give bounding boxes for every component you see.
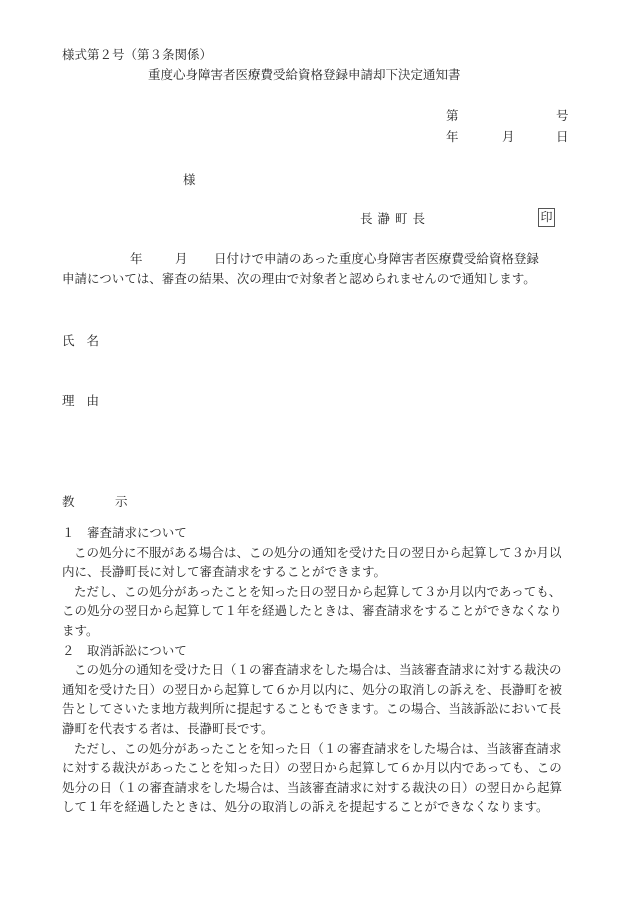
body-line-2: 申請については、審査の結果、次の理由で対象者と認められませんので通知します。 [62,271,536,287]
body-line-1-text: 日付けで申請のあった重度心身障害者医療費受給資格登録 [214,251,539,267]
document-title: 重度心身障害者医療費受給資格登録申請却下決定通知書 [148,67,461,83]
name-label: 氏名 [62,333,111,349]
instruction-label-1: 教 [62,494,75,509]
section-paragraph: ただし、この処分があったことを知った日の翌日から起算して３か月以内であっても、こ… [62,582,572,641]
form-id: 様式第２号（第３条関係） [62,47,212,63]
section-paragraph: ただし、この処分があったことを知った日（１の審査請求をした場合は、当該審査請求に… [62,739,572,817]
issuer-name: 長瀞町長 [360,211,430,227]
body-month: 月 [175,251,188,267]
number-prefix: 第 [446,108,459,124]
body-year: 年 [130,251,143,267]
section-paragraph: この処分の通知を受けた日（１の審査請求をした場合は、当該審査請求に対する裁決の通… [62,660,572,738]
section-heading: １ 審査請求について [62,523,572,543]
date-month: 月 [502,129,515,145]
seal-mark: 印 [538,208,555,227]
reason-label: 理由 [62,393,111,409]
addressee-honorific: 様 [183,172,196,188]
date-day: 日 [556,129,569,145]
date-year: 年 [446,129,459,145]
section-heading: ２ 取消訴訟について [62,641,572,661]
instruction-label-2: 示 [115,494,128,510]
instruction-label: 教 示 [62,494,75,510]
section-paragraph: この処分に不服がある場合は、この処分の通知を受けた日の翌日から起算して３か月以内… [62,543,572,582]
instruction-sections: １ 審査請求について この処分に不服がある場合は、この処分の通知を受けた日の翌日… [62,523,572,817]
number-suffix: 号 [556,108,569,124]
